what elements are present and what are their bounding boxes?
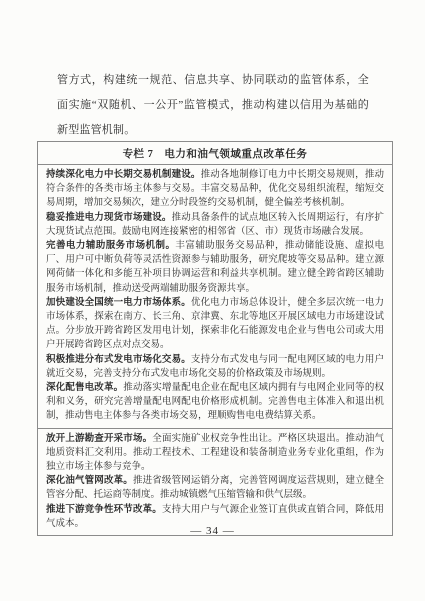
item-lead: 加快建设全国统一电力市场体系。 <box>46 298 191 308</box>
document-page: 管方式，构建统一规范、信息共享、协同联动的监管体系，全面实施“双随机、一公开”监… <box>0 0 425 601</box>
electricity-section: 持续深化电力中长期交易机制建设。推动各地制修订电力中长期交易规则，推动符合条件的… <box>38 165 392 428</box>
box-item: 稳妥推进电力现货市场建设。推动具备条件的试点地区转入长周期运行，有序扩大现货试点… <box>46 211 384 239</box>
task-box-title: 专栏 7 电力和油气领域重点改革任务 <box>38 142 392 165</box>
item-lead: 推进下游竞争性环节改革。 <box>46 505 162 515</box>
box-item: 积极推进分布式发电市场化交易。支持分布式发电与同一配电网区域的电力用户就近交易，… <box>46 353 384 381</box>
intro-paragraph: 管方式，构建统一规范、信息共享、协同联动的监管体系，全面实施“双随机、一公开”监… <box>57 68 369 143</box>
item-lead: 稳妥推进电力现货市场建设。 <box>46 213 172 223</box>
box-item: 深化配售电改革。推动落实增量配电企业在配电区域内拥有与电网企业同等的权利和义务，… <box>46 381 384 424</box>
item-lead: 完善电力辅助服务市场机制。 <box>46 241 175 251</box>
box-item: 持续深化电力中长期交易机制建设。推动各地制修订电力中长期交易规则，推动符合条件的… <box>46 168 384 211</box>
item-lead: 深化配售电改革。 <box>46 383 123 393</box>
item-lead: 深化油气管网改革。 <box>46 476 133 486</box>
task-box: 专栏 7 电力和油气领域重点改革任务 持续深化电力中长期交易机制建设。推动各地制… <box>37 141 393 536</box>
page-number: — 34 — <box>0 525 425 537</box>
item-lead: 积极推进分布式发电市场化交易。 <box>46 355 191 365</box>
box-item: 完善电力辅助服务市场机制。丰富辅助服务交易品种，推动储能设施、虚拟电厂、用户可中… <box>46 239 384 296</box>
box-item: 深化油气管网改革。推进省级管网运销分离，完善管网调度运营规则，建立健全管容分配、… <box>46 474 384 502</box>
item-lead: 放开上游勘查开采市场。 <box>46 434 152 444</box>
oil-gas-section: 放开上游勘查开采市场。全面实施矿业权竞争性出让。严格区块退出。推动油气地质资料汇… <box>38 428 392 535</box>
box-item: 加快建设全国统一电力市场体系。优化电力市场总体设计，健全多层次统一电力市场体系，… <box>46 296 384 353</box>
item-lead: 持续深化电力中长期交易机制建设。 <box>46 170 201 180</box>
box-item: 放开上游勘查开采市场。全面实施矿业权竞争性出让。严格区块退出。推动油气地质资料汇… <box>46 432 384 475</box>
